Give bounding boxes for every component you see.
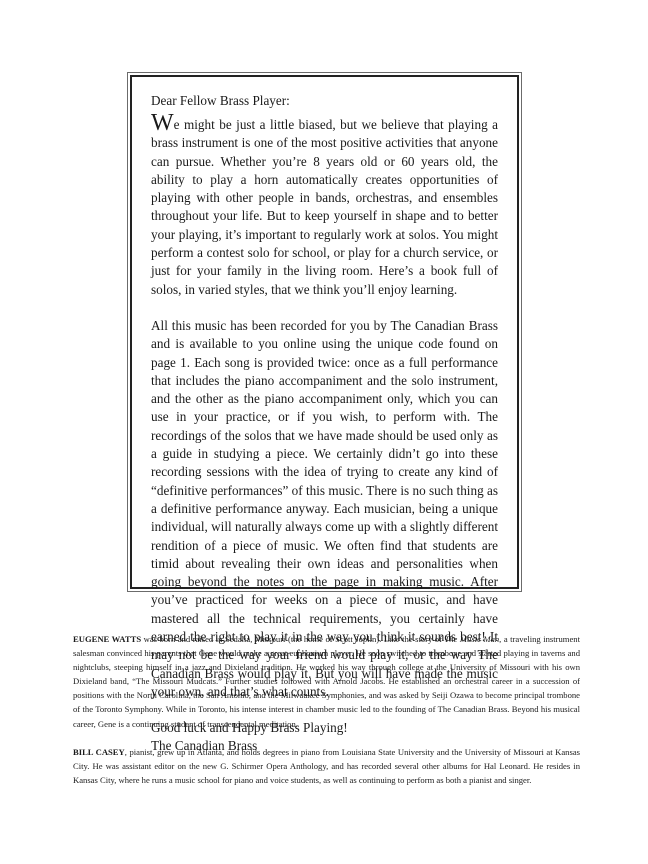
letter-salutation: Dear Fellow Brass Player: [151,92,498,110]
letter-box: Dear Fellow Brass Player: We might be ju… [127,72,522,592]
bio-bill-casey: BILL CASEY, pianist, grew up in Atlanta,… [73,745,580,787]
bio-text: , pianist, grew up in Atlanta, and holds… [73,747,580,785]
drop-cap: W [151,110,174,136]
bio-eugene-watts: EUGENE WATTS was born and raised in Seda… [73,632,580,731]
letter-paragraph-1-text: e might be just a little biased, but we … [151,117,498,297]
bio-text: was born and raised in Sedalia, Missouri… [141,634,444,644]
biographies-section: EUGENE WATTS was born and raised in Seda… [73,632,580,787]
bio-name: BILL CASEY [73,747,125,757]
letter-paragraph-1: We might be just a little biased, but we… [151,114,498,299]
bio-name: EUGENE WATTS [73,634,141,644]
bio-italic-title: The Music Man [444,634,499,644]
letter-box-inner: Dear Fellow Brass Player: We might be ju… [130,75,519,589]
bio-text: , a traveling instrument salesman convin… [73,634,580,729]
